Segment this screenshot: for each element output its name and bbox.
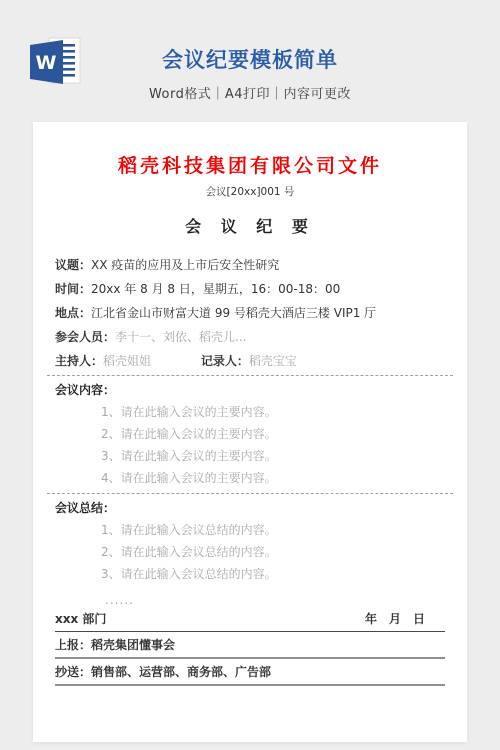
summary-item: 2、请在此输入会议总结的内容。 bbox=[101, 546, 445, 559]
field-attendees-value: 李十一、刘依、稻壳儿... bbox=[115, 330, 246, 344]
field-topic: 议题：XX 疫苗的应用及上市后安全性研究 bbox=[55, 259, 445, 271]
word-icon: W bbox=[27, 36, 83, 88]
field-topic-label: 议题： bbox=[55, 258, 91, 272]
dashed-divider bbox=[47, 375, 453, 376]
field-time-label: 时间： bbox=[55, 282, 91, 296]
summary-heading: 会议总结： bbox=[55, 502, 445, 515]
footer-cc-value: 销售部、运营部、商务部、广告部 bbox=[91, 665, 271, 679]
footer-report: 上报：稻壳集团懂事会 bbox=[55, 639, 175, 652]
word-logo-icon: W bbox=[27, 36, 83, 88]
meeting-fields: 议题：XX 疫苗的应用及上市后安全性研究 时间：20xx 年 8 月 8 日，星… bbox=[55, 259, 445, 367]
field-place-value: 江北省金山市财富大道 99 号稻壳大酒店三楼 VIP1 厅 bbox=[91, 306, 376, 320]
footer-cc-label: 抄送： bbox=[55, 665, 91, 679]
word-icon-letter: W bbox=[36, 52, 57, 74]
summary-item: 3、请在此输入会议总结的内容。 bbox=[101, 568, 445, 581]
footer-report-label: 上报： bbox=[55, 638, 91, 652]
content-item: 1、请在此输入会议的主要内容。 bbox=[101, 406, 445, 419]
field-recorder-value: 稻壳宝宝 bbox=[249, 354, 297, 368]
footer-cc-row: 抄送：销售部、运营部、商务部、广告部 bbox=[55, 666, 445, 686]
footer-report-value: 稻壳集团懂事会 bbox=[91, 638, 175, 652]
footer-cc: 抄送：销售部、运营部、商务部、广告部 bbox=[55, 666, 271, 679]
footer-report-row: 上报：稻壳集团懂事会 bbox=[55, 639, 445, 659]
summary-section: 会议总结： 1、请在此输入会议总结的内容。 2、请在此输入会议总结的内容。 3、… bbox=[55, 502, 445, 607]
content-item: 3、请在此输入会议的主要内容。 bbox=[101, 450, 445, 463]
field-place: 地点：江北省金山市财富大道 99 号稻壳大酒店三楼 VIP1 厅 bbox=[55, 307, 445, 319]
field-place-label: 地点： bbox=[55, 306, 91, 320]
template-header: W 会议纪要模板简单 Word格式｜A4打印｜内容可更改 bbox=[0, 0, 500, 122]
doc-number: 会议[20xx]001 号 bbox=[55, 184, 445, 199]
content-item: 2、请在此输入会议的主要内容。 bbox=[101, 428, 445, 441]
field-host-recorder: 主持人：稻壳姐姐 记录人：稻壳宝宝 bbox=[55, 355, 445, 367]
content-item: 4、请在此输入会议的主要内容。 bbox=[101, 472, 445, 485]
content-section: 会议内容： 1、请在此输入会议的主要内容。 2、请在此输入会议的主要内容。 3、… bbox=[55, 384, 445, 485]
company-title: 稻壳科技集团有限公司文件 bbox=[55, 151, 445, 178]
field-host-label: 主持人： bbox=[55, 354, 103, 368]
field-time-value: 20xx 年 8 月 8 日，星期五，16：00-18：00 bbox=[91, 282, 340, 296]
document-page: 稻壳科技集团有限公司文件 会议[20xx]001 号 会 议 纪 要 议题：XX… bbox=[33, 122, 467, 742]
dashed-divider bbox=[47, 493, 453, 494]
document-footer: xxx 部门 年 月 日 上报：稻壳集团懂事会 抄送：销售部、运营部、商务部、广… bbox=[55, 613, 445, 686]
summary-ellipsis: ...... bbox=[105, 593, 445, 607]
footer-dept-row: xxx 部门 年 月 日 bbox=[55, 613, 445, 632]
summary-item: 1、请在此输入会议总结的内容。 bbox=[101, 524, 445, 537]
footer-date: 年 月 日 bbox=[365, 613, 445, 626]
field-time: 时间：20xx 年 8 月 8 日，星期五，16：00-18：00 bbox=[55, 283, 445, 295]
field-recorder-label: 记录人： bbox=[201, 354, 249, 368]
field-topic-value: XX 疫苗的应用及上市后安全性研究 bbox=[91, 258, 279, 272]
content-heading: 会议内容： bbox=[55, 384, 445, 397]
field-attendees: 参会人员：李十一、刘依、稻壳儿... bbox=[55, 331, 445, 343]
field-host-value: 稻壳姐姐 bbox=[103, 354, 151, 368]
field-attendees-label: 参会人员： bbox=[55, 330, 115, 344]
footer-dept: xxx 部门 bbox=[55, 613, 106, 626]
doc-title: 会 议 纪 要 bbox=[55, 214, 445, 237]
